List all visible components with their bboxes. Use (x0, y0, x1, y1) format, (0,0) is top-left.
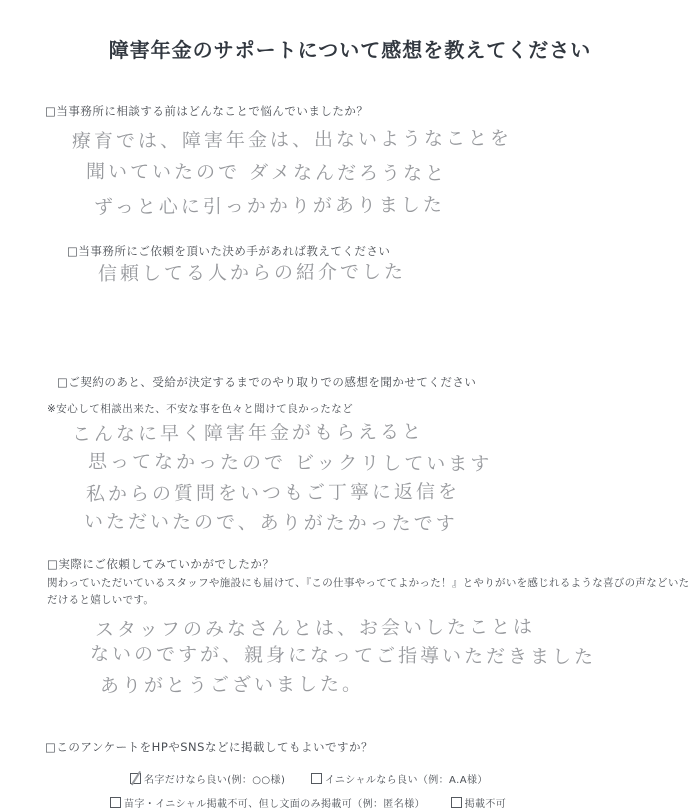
answer-line: ありがとうございました。 (100, 673, 692, 696)
section-question-1: □当事務所に相談する前はどんなことで悩んでいましたか？ 療育では、障害年金は、出… (45, 103, 512, 230)
question-2-label: □当事務所にご依頼を頂いた決め手があれば教えてください (67, 243, 406, 259)
question-1-handwritten-answer: 療育では、障害年金は、出ないようなことを 聞いていたので ダメなんだろうなと ず… (72, 131, 512, 216)
answer-line: 思ってなかったので ビックリしています (88, 453, 492, 474)
answer-line: 私からの質問をいつもご丁寧に返信を (86, 483, 492, 505)
section-question-4: □実際にご依頼してみていかがでしたか？ 関わっていただいているスタッフや施設にも… (47, 556, 692, 703)
checkbox-icon (311, 773, 322, 784)
checkbox-icon (130, 773, 141, 784)
option-label: 掲載不可 (465, 799, 507, 810)
question-4-handwritten-answer: スタッフのみなさんとは、お会いしたことは ないのですが、親身になってご指導いただ… (90, 619, 692, 694)
question-4-hint-note: 関わっていただいているスタッフや施設にも届けて、『この仕事やっててよかった！』と… (47, 575, 692, 609)
question-5-label: □このアンケートをHPやSNSなどに掲載してもよいですか？ (45, 739, 665, 755)
answer-line: スタッフのみなさんとは、お会いしたことは (95, 617, 692, 640)
option-label: イニシャルなら良い（例：A.A様） (325, 775, 488, 786)
checkbox-icon (110, 797, 121, 808)
answer-line: 信頼してる人からの紹介でした (98, 263, 406, 284)
section-question-2: □当事務所にご依頼を頂いた決め手があれば教えてください 信頼してる人からの紹介で… (67, 243, 406, 283)
question-3-hint-note: ※安心して相談出来た、不安な事を色々と聞けて良かったなど (47, 401, 492, 416)
question-3-handwritten-answer: こんなに早く障害年金がもらえると 思ってなかったので ビックリしています 私から… (72, 424, 492, 533)
section-question-3: □ご契約のあと、受給が決定するまでのやり取りでの感想を聞かせてください ※安心し… (47, 374, 492, 544)
checkbox-icon (451, 797, 462, 808)
option-label: 苗字・イニシャル掲載不可、但し文面のみ掲載可（例：匿名様） (124, 799, 425, 810)
publish-options-row-1: 名字だけなら良い(例：○○様) イニシャルなら良い（例：A.A様） (130, 771, 665, 786)
question-1-label: □当事務所に相談する前はどんなことで悩んでいましたか？ (45, 103, 512, 119)
answer-line: いただいたので、ありがたかったです (84, 513, 492, 534)
answer-line: ないのですが、親身になってご指導いただきました (90, 645, 692, 668)
option-text-only-ok: 苗字・イニシャル掲載不可、但し文面のみ掲載可（例：匿名様） (110, 795, 425, 810)
question-4-label: □実際にご依頼してみていかがでしたか？ (47, 556, 692, 572)
answer-line: ずっと心に引っかかりがありました (94, 196, 512, 218)
publish-options-row-2: 苗字・イニシャル掲載不可、但し文面のみ掲載可（例：匿名様） 掲載不可 (110, 795, 665, 810)
question-3-label: □ご契約のあと、受給が決定するまでのやり取りでの感想を聞かせてください (57, 374, 492, 390)
answer-line: 療育では、障害年金は、出ないようなことを (72, 129, 512, 151)
option-label: 名字だけなら良い(例：○○様) (144, 775, 285, 786)
option-no-publish: 掲載不可 (451, 795, 507, 810)
page-title: 障害年金のサポートについて感想を教えてください (0, 34, 700, 63)
questionnaire-sheet: 障害年金のサポートについて感想を教えてください □当事務所に相談する前はどんなこ… (0, 0, 700, 811)
answer-line: 聞いていたので ダメなんだろうなと (86, 163, 512, 185)
answer-line: こんなに早く障害年金がもらえると (72, 423, 492, 445)
option-family-name-ok: 名字だけなら良い(例：○○様) (130, 771, 285, 786)
question-2-handwritten-answer: 信頼してる人からの紹介でした (98, 264, 406, 283)
option-initials-ok: イニシャルなら良い（例：A.A様） (311, 771, 488, 786)
section-question-5: □このアンケートをHPやSNSなどに掲載してもよいですか？ 名字だけなら良い(例… (45, 739, 665, 810)
